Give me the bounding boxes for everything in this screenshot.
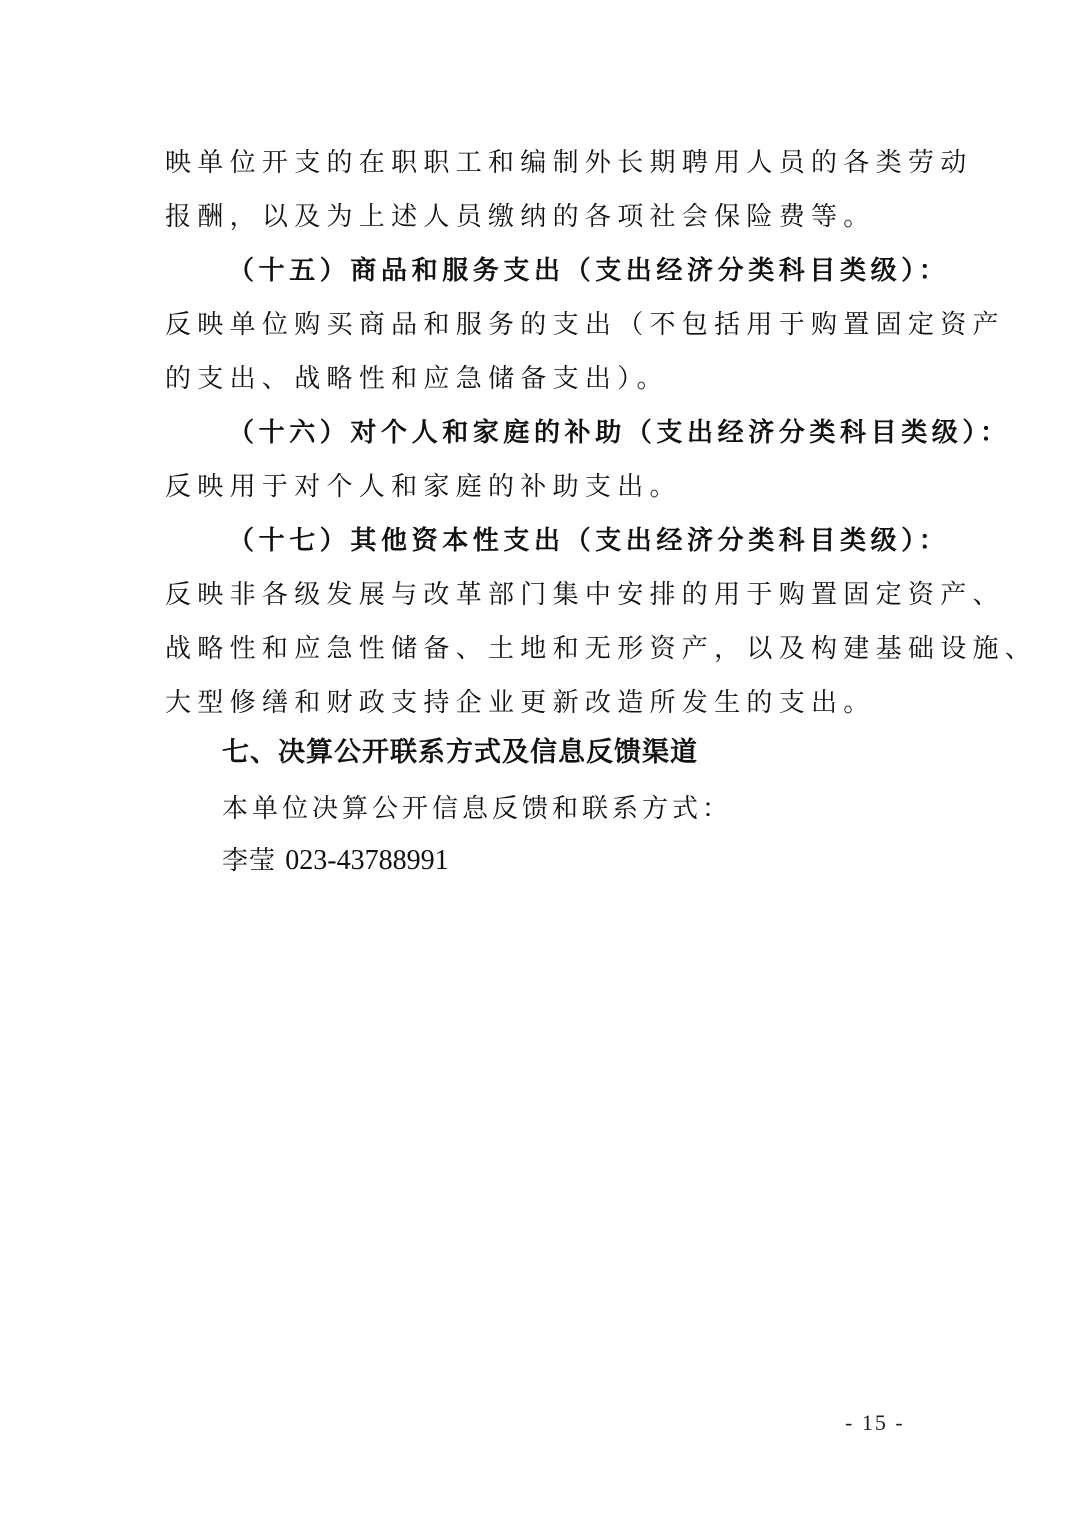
body-text-line: 反映非各级发展与改革部门集中安排的用于购置固定资产、: [165, 580, 1005, 610]
body-text-line: 战略性和应急性储备、土地和无形资产，以及构建基础设施、: [165, 634, 1037, 664]
body-text-line: 反映用于对个人和家庭的补助支出。: [165, 472, 682, 502]
contact-name: 李莹: [222, 846, 276, 876]
body-text-line: 的支出、战略性和应急储备支出）。: [165, 364, 669, 394]
subsection-heading-16: （十六）对个人和家庭的补助（支出经济分类科目类级）：: [228, 418, 1011, 448]
page-number: - 15 -: [845, 1410, 905, 1436]
body-text-line: 映单位开支的在职职工和编制外长期聘用人员的各类劳动: [165, 148, 973, 178]
subsection-heading-15: （十五）商品和服务支出（支出经济分类科目类级）：: [228, 256, 949, 286]
section-heading: 七、决算公开联系方式及信息反馈渠道: [222, 738, 698, 768]
contact-line: 李莹 023-43788991: [222, 846, 449, 876]
body-text-line: 反映单位购买商品和服务的支出（不包括用于购置固定资产: [165, 310, 1005, 340]
subsection-heading-17: （十七）其他资本性支出（支出经济分类科目类级）：: [228, 526, 949, 556]
contact-phone: 023-43788991: [285, 845, 448, 876]
body-text-line: 报酬，以及为上述人员缴纳的各项社会保险费等。: [165, 202, 876, 232]
body-text-line: 大型修缮和财政支持企业更新改造所发生的支出。: [165, 688, 876, 718]
contact-intro: 本单位决算公开信息反馈和联系方式：: [222, 794, 732, 824]
